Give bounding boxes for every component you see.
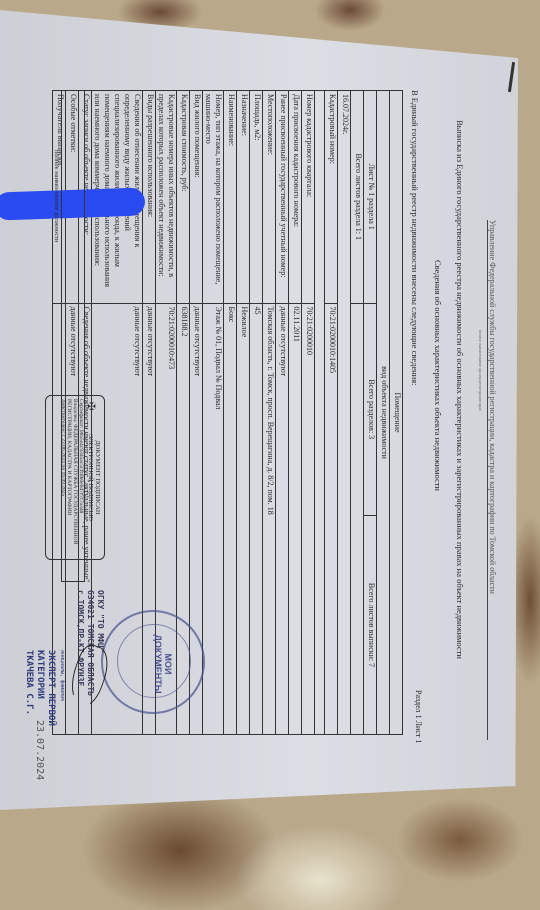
table-row: Дата присвоения кадастрового номера:02.1… xyxy=(289,91,302,735)
intro-text: В Единый государственный реестр недвижим… xyxy=(410,90,420,386)
round-seal: МОИ ДОКУМЕНТЫ xyxy=(101,610,205,714)
row-label: Местоположение: xyxy=(263,91,276,304)
row-label: Номер кадастрового квартала: xyxy=(302,91,315,304)
table-row: Номер, тип этажа, на котором расположено… xyxy=(203,91,224,735)
document-title: Выписка из Единого государственного реес… xyxy=(455,120,465,760)
expert-caption: инициалы, фамилия xyxy=(56,650,67,726)
row-value: 02.11.2011 xyxy=(289,303,302,734)
row-value: 70:21:0200010 xyxy=(302,303,315,734)
row-label: Номер, тип этажа, на котором расположено… xyxy=(203,91,224,304)
row-label: Кадастровые номера иных объектов недвижи… xyxy=(156,91,177,304)
sheets-total: Всего листов выписки: 7 xyxy=(364,516,377,735)
official-position-caption: полное наименование должности xyxy=(53,150,60,242)
electronic-signature-box: ✠ ДОКУМЕНТ ПОДПИСАН ЭЛЕКТРОННОЙ ПОДПИСЬЮ… xyxy=(45,395,105,560)
esign-title: ДОКУМЕНТ ПОДПИСАН xyxy=(94,399,101,556)
expert-line: КАТЕГОРИИ xyxy=(34,650,45,726)
date-stamp: 23.07.2024 xyxy=(34,720,45,780)
egrn-extract: Управление Федеральной службы государств… xyxy=(25,90,505,750)
row-value: Этаж № 01, Подвал № Подвал xyxy=(203,303,224,734)
expert-stamp: инициалы, фамилия ЭКСПЕРТ ПЕРВОЙ КАТЕГОР… xyxy=(23,650,67,726)
object-type-caption: вид объекта недвижимости xyxy=(377,91,390,735)
section-reference: Раздел 1 Лист 1 xyxy=(414,690,423,743)
row-label: Площадь, м2: xyxy=(250,91,263,304)
table-row: Местоположение:Томская область, г. Томск… xyxy=(263,91,276,735)
sections-total: Всего разделов: 3 xyxy=(364,303,377,516)
row-value: Бокс xyxy=(224,303,237,734)
extract-date: 16.07.2024г. xyxy=(338,91,351,735)
row-label: Наименование: xyxy=(224,91,237,304)
table-row: Площадь, м2:45 xyxy=(250,91,263,735)
issuer-caption: полное наименование органа регистрации п… xyxy=(478,330,483,411)
row-label: Дата присвоения кадастрового номера: xyxy=(289,91,302,304)
table-row: Номер кадастрового квартала:70:21:020001… xyxy=(302,91,315,735)
row-value: 45 xyxy=(250,303,263,734)
row-label: Вид жилого помещения: xyxy=(190,91,203,304)
seal-text: МОИ ДОКУМЕНТЫ xyxy=(153,634,173,694)
esign-certificate: Сертификат: 00a5e4c93d5ac5f1c8b0e6d7c7f7… xyxy=(78,399,84,556)
document-subtitle: Сведения об основных характеристиках объ… xyxy=(433,260,443,491)
object-type: Помещение xyxy=(390,91,403,735)
sheets-in-section: Всего листов раздела 1: 1 xyxy=(351,91,364,304)
row-label: Виды разрешенного использования: xyxy=(143,91,156,304)
cadastral-number-label: Кадастровый номер: xyxy=(325,91,338,304)
cadastral-number: 70:21:0200010:1405 xyxy=(325,303,338,734)
row-value: Томская область, г. Томск, просп. Вереща… xyxy=(263,303,276,734)
esign-subtitle: ЭЛЕКТРОННОЙ ПОДПИСЬЮ xyxy=(87,399,94,556)
coat-of-arms-icon: ✠ xyxy=(85,402,96,410)
row-label: Кадастровая стоимость, руб: xyxy=(177,91,190,304)
row-label: Ранее присвоенный государственный учетны… xyxy=(276,91,289,304)
expert-line: ТКАЧЕВА С.Г. xyxy=(23,650,34,726)
esign-owner: Владелец: ФЕДЕРАЛЬНАЯ СЛУЖБА ГОСУДАРСТВЕ… xyxy=(72,399,78,556)
table-row: Наименование:Бокс xyxy=(224,91,237,735)
sheet-label: Лист № 1 раздела 1 xyxy=(364,91,377,304)
table-row: Назначение:Нежилое xyxy=(237,91,250,735)
row-label: Назначение: xyxy=(237,91,250,304)
row-value: Нежилое xyxy=(237,303,250,734)
table-row: Ранее присвоенный государственный учетны… xyxy=(276,91,289,735)
row-value: данные отсутствуют xyxy=(276,303,289,734)
issuer-header: Управление Федеральной службы государств… xyxy=(487,220,497,740)
expert-line: ЭКСПЕРТ ПЕРВОЙ xyxy=(45,650,56,726)
esign-validity: Действителен: с 23.06.2024 по 16.09.2025 xyxy=(60,399,66,556)
